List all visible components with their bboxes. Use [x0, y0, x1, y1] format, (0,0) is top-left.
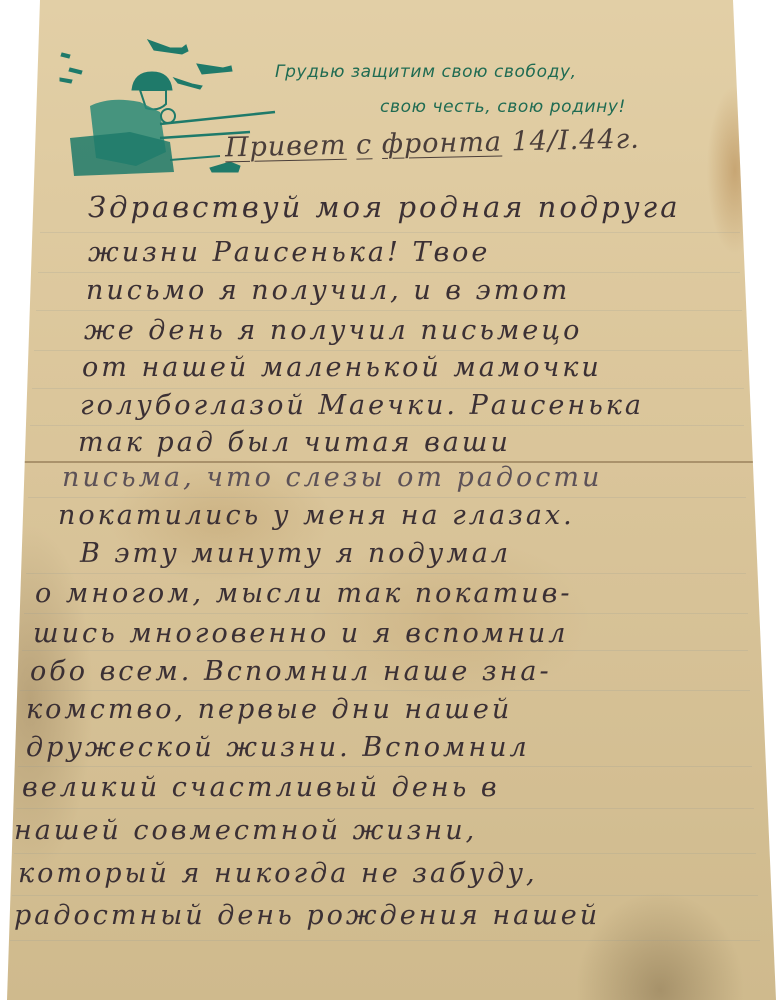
ruled-line — [34, 350, 742, 351]
heading-date: 14/I.44г. — [511, 124, 640, 158]
slogan-line-1: Грудью защитим свою свободу, — [275, 62, 577, 82]
letter-line: великий счастливый день в — [22, 772, 500, 803]
letter-line: радостный день рождения нашей — [14, 900, 600, 931]
ruled-line — [32, 388, 744, 389]
ruled-line — [22, 650, 748, 651]
letter-line: от нашей маленькой мамочки — [82, 352, 602, 383]
letter-line: который я никогда не забуду, — [18, 858, 538, 889]
ruled-line — [40, 232, 740, 233]
slogan-line-2: свою честь, свою родину! — [380, 97, 626, 117]
ruled-line — [12, 895, 758, 896]
letter-line: так рад был читая ваши — [78, 427, 511, 458]
ruled-line — [36, 310, 742, 311]
ruled-line — [30, 425, 744, 426]
heading-greeting: Привет — [225, 130, 347, 164]
letter-line: обо всем. Вспомнил наше зна- — [30, 656, 552, 687]
letter-line: письмо я получил, и в этот — [86, 275, 570, 306]
ruled-line — [26, 573, 746, 574]
letter-line: же день я получил письмецо — [84, 315, 582, 346]
soldier-with-rifle-and-planes-illustration — [50, 28, 280, 188]
letter-line: о многом, мысли так покатив- — [35, 578, 572, 609]
ruled-line — [14, 853, 756, 854]
ruled-line — [10, 940, 760, 941]
ruled-line — [18, 766, 752, 767]
letter-line: шись многовенно и я вспомнил — [33, 618, 568, 649]
letter-line: комство, первые дни нашей — [26, 694, 512, 725]
ruled-line — [16, 808, 754, 809]
letter-line: В эту минуту я подумал — [80, 538, 511, 569]
letter-line: жизни Раисенька! Твое — [88, 237, 490, 268]
ruled-line — [20, 690, 750, 691]
ruled-line — [38, 272, 740, 273]
letter-line: покатились у меня на глазах. — [58, 500, 575, 531]
letter-line: дружеской жизни. Вспомнил — [26, 732, 530, 763]
letter-line: Здравствуй моя родная подруга — [88, 190, 681, 224]
letter-line: письма, что слезы от радости — [62, 462, 602, 493]
heading-from: с — [356, 129, 373, 160]
ruled-line — [28, 497, 746, 498]
heading-front: фронта — [382, 127, 503, 161]
ruled-line — [24, 613, 748, 614]
letter-line: нашей совместной жизни, — [14, 815, 477, 846]
letter-line: голубоглазой Маечки. Раисенька — [80, 390, 644, 421]
